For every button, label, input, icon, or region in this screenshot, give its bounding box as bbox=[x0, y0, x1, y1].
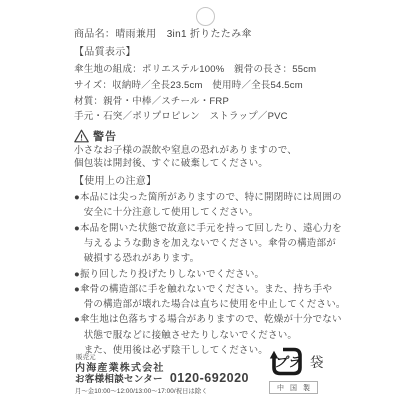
usage-note-line: ●本品を開いた状態で故意に手元を持って回したり、遠心力を bbox=[74, 221, 340, 236]
usage-note-line: 破損する恐れがあります。 bbox=[74, 251, 340, 266]
svg-text:プラ: プラ bbox=[274, 355, 300, 370]
quality-line-fabric: 傘生地の組成：ポリエステル100% 親骨の長さ：55cm bbox=[74, 62, 340, 78]
usage-note-line: ●傘骨の構造部に手を触れないでください。また、持ち手や bbox=[74, 282, 340, 297]
usage-note-line: 与えるような動きを加えないでください。傘骨の構造部が bbox=[74, 236, 340, 251]
customer-contact-row: お客様相談センター 0120-692020 bbox=[75, 371, 249, 385]
phone-number: 0120-692020 bbox=[170, 371, 249, 385]
usage-note-line: ●傘生地は色落ちする場合がありますので、乾燥が十分でない bbox=[74, 312, 340, 327]
warning-heading: ! 警告 bbox=[74, 128, 340, 144]
usage-section-header: 【使用上の注意】 bbox=[74, 174, 340, 189]
tag-content: 商品名：晴雨兼用 3in1 折りたたみ傘 【品質表示】 傘生地の組成：ポリエステ… bbox=[74, 27, 340, 358]
recycle-category-label: 袋 bbox=[310, 351, 324, 371]
business-hours: 月～金10:00～12:00/13:00～17:00/祝日は除く bbox=[75, 386, 208, 395]
quality-line-size: サイズ：収納時／全長23.5cm 使用時／全長54.5cm bbox=[74, 78, 340, 94]
product-tag: 商品名：晴雨兼用 3in1 折りたたみ傘 【品質表示】 傘生地の組成：ポリエステ… bbox=[0, 0, 400, 400]
contact-center-label: お客様相談センター bbox=[75, 371, 163, 385]
hang-hole bbox=[196, 7, 215, 26]
quality-line-handle: 手元・石突／ポリプロピレン ストラップ／PVC bbox=[74, 109, 340, 125]
usage-note-line: 骨の構造部が壊れた場合は直ちに使用を中止してください。 bbox=[74, 297, 340, 312]
usage-note-line: ●振り回したり投げたりしないでください。 bbox=[74, 267, 340, 282]
quality-line-material: 材質：親骨・中棒／スチール・FRP bbox=[74, 94, 340, 110]
country-of-origin-badge: 中国製 bbox=[269, 381, 318, 394]
svg-text:!: ! bbox=[80, 132, 83, 142]
usage-note-line: ●本品には尖った箇所がありますので、特に開閉時には周囲の bbox=[74, 190, 340, 205]
usage-notes: ●本品には尖った箇所がありますので、特に開閉時には周囲の 安全に十分注意して使用… bbox=[74, 190, 340, 358]
warning-text-line: 小さなお子様の誤飲や窒息の恐れがありますので、 bbox=[74, 144, 340, 157]
usage-note-line: 状態で服などに接触させたりしないでください。 bbox=[74, 328, 340, 343]
warning-triangle-icon: ! bbox=[74, 129, 89, 143]
warning-title: 警告 bbox=[93, 128, 117, 144]
plastic-recycle-icon: プラ bbox=[269, 345, 305, 378]
quality-section: 傘生地の組成：ポリエステル100% 親骨の長さ：55cm サイズ：収納時／全長2… bbox=[74, 62, 340, 125]
usage-note-line: 安全に十分注意して使用してください。 bbox=[74, 205, 340, 220]
quality-section-header: 【品質表示】 bbox=[74, 45, 340, 60]
warning-text-line: 個包装は開封後、すぐに破棄してください。 bbox=[74, 157, 340, 170]
product-name-line: 商品名：晴雨兼用 3in1 折りたたみ傘 bbox=[74, 27, 340, 42]
